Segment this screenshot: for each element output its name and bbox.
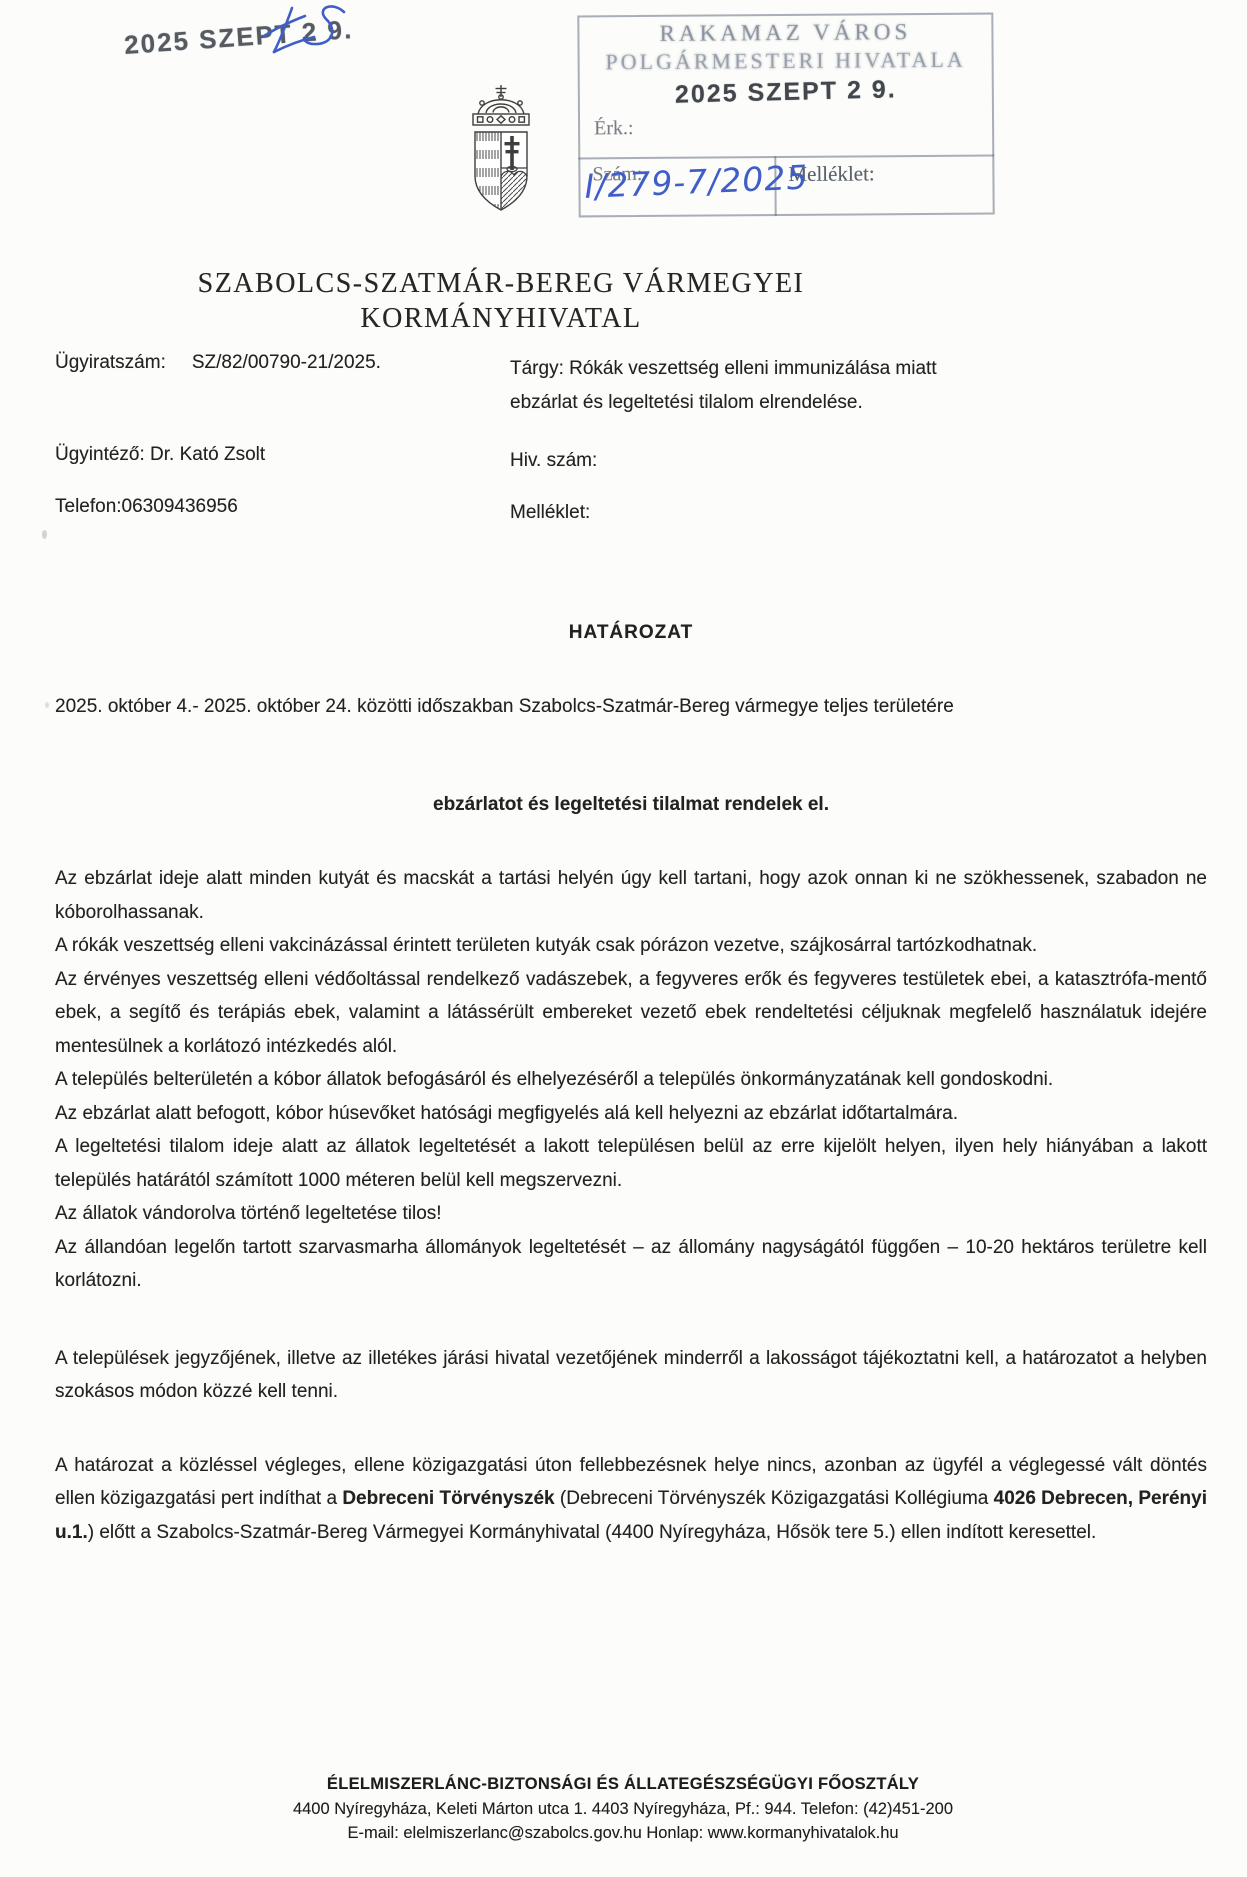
decision-paragraph: Az állatok vándorolva történő legeltetés… <box>55 1197 1207 1231</box>
decision-paragraph: Az ebzárlat ideje alatt minden kutyát és… <box>55 862 1207 929</box>
footer-address: 4400 Nyíregyháza, Keleti Márton utca 1. … <box>33 1797 1213 1822</box>
footer-department: ÉLELMISZERLÁNC-BIZTONSÁGI ÉS ÁLLATEGÉSZS… <box>33 1772 1213 1797</box>
decision-paragraph: A legeltetési tilalom ideje alatt az áll… <box>55 1130 1207 1197</box>
reference-number-label: Hiv. szám: <box>510 444 988 478</box>
legal-text-segment: ) előtt a Szabolcs-Szatmár-Bereg Vármegy… <box>88 1522 1097 1543</box>
organization-name-line2: KORMÁNYHIVATAL <box>0 301 1002 336</box>
attachment-label: Melléklet: <box>510 496 988 530</box>
receipt-stamp-box: RAKAMAZ VÁROS POLGÁRMESTERI HIVATALA 202… <box>577 13 994 218</box>
court-name-bold: Debreceni Törvényszék <box>342 1488 554 1509</box>
case-officer: Ügyintéző: Dr. Kató Zsolt <box>55 444 265 466</box>
footer-contact: E-mail: elelmiszerlanc@szabolcs.gov.hu H… <box>33 1821 1213 1846</box>
phone-number: Telefon:06309436956 <box>55 496 238 518</box>
organization-name-line1: SZABOLCS-SZATMÁR-BEREG VÁRMEGYEI <box>0 266 1002 301</box>
decision-paragraph: A rókák veszettség elleni vakcinázással … <box>55 929 1207 963</box>
legal-remedy-paragraph: A határozat a közléssel végleges, ellene… <box>55 1449 1207 1550</box>
document-page: 2025 SZEPT 2 9. RAKAMAZ VÁROS POLGÁRMEST… <box>0 0 1247 1877</box>
decision-paragraph: Az érvényes veszettség elleni védőoltáss… <box>55 963 1207 1064</box>
letter-footer: ÉLELMISZERLÁNC-BIZTONSÁGI ÉS ÁLLATEGÉSZS… <box>33 1772 1213 1846</box>
publication-notice-paragraph: A települések jegyzőjének, illetve az il… <box>55 1342 1207 1409</box>
handwritten-case-number: I/279-7/2025 <box>584 159 785 206</box>
scan-artifact <box>42 530 47 539</box>
case-number-label: Ügyiratszám: <box>55 352 166 374</box>
decision-paragraph: A település belterületén a kóbor állatok… <box>55 1063 1207 1097</box>
decision-intro: 2025. október 4.- 2025. október 24. közö… <box>55 688 1207 725</box>
stamp-office-name-line2: POLGÁRMESTERI HIVATALA <box>580 47 992 76</box>
decision-body: Az ebzárlat ideje alatt minden kutyát és… <box>55 862 1207 1549</box>
stamp-arrival-date: 2025 SZEPT 2 9. <box>580 73 993 112</box>
hungarian-coat-of-arms-icon <box>458 82 544 218</box>
case-number-value: SZ/82/00790-21/2025. <box>192 352 381 373</box>
decision-paragraph: Az állandóan legelőn tartott szarvasmarh… <box>55 1231 1207 1298</box>
subject-text: Tárgy: Rókák veszettség elleni immunizál… <box>510 352 988 420</box>
organization-name: SZABOLCS-SZATMÁR-BEREG VÁRMEGYEI KORMÁNY… <box>0 266 1002 336</box>
decision-paragraph: Az ebzárlat alatt befogott, kóbor húsevő… <box>55 1097 1207 1131</box>
stamp-office-name-line1: RAKAMAZ VÁROS <box>579 19 991 48</box>
stamp-erk-label: Érk.: <box>594 117 634 140</box>
handwritten-initials-icon <box>258 0 368 64</box>
decision-heading: HATÁROZAT <box>55 622 1207 644</box>
legal-text-segment: (Debreceni Törvényszék Közigazgatási Kol… <box>555 1488 994 1509</box>
decree-statement: ebzárlatot és legeltetési tilalmat rende… <box>55 794 1207 816</box>
scan-artifact <box>45 702 49 708</box>
case-number-row: Ügyiratszám:SZ/82/00790-21/2025. <box>55 352 381 374</box>
